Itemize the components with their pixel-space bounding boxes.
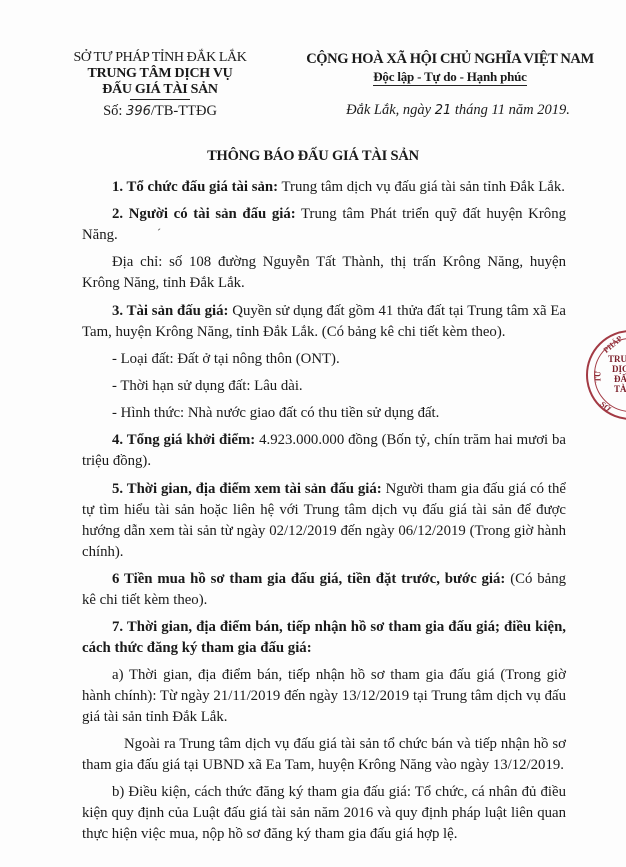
seal-inner-line: TRUN: [608, 354, 626, 364]
seal-inner-line: ĐẤ: [608, 374, 626, 384]
document-body: 1. Tổ chức đấu giá tài sản: Trung tâm dị…: [82, 177, 566, 852]
section-7-label: 7. Thời gian, địa điểm bán, tiếp nhận hồ…: [82, 619, 566, 656]
document-number-prefix: Số:: [103, 103, 126, 119]
department-name: SỞ TƯ PHÁP TỈNH ĐẮK LẮK: [60, 50, 260, 66]
national-motto: Độc lập - Tự do - Hạnh phúc: [373, 69, 527, 86]
seal-left-text: TƯ: [593, 371, 602, 383]
official-seal: PHÁP TƯ SỞ TRUN DỊC ĐẤ TÀ: [586, 330, 626, 420]
section-7a: a) Thời gian, địa điểm bán, tiếp nhận hồ…: [82, 665, 566, 728]
section-3-form: - Hình thức: Nhà nước giao đất có thu ti…: [82, 403, 566, 424]
document-title: THÔNG BÁO ĐẤU GIÁ TÀI SẢN: [0, 148, 626, 165]
document-page: SỞ TƯ PHÁP TỈNH ĐẮK LẮK TRUNG TÂM DỊCH V…: [0, 0, 626, 867]
section-5: 5. Thời gian, địa điểm xem tài sản đấu g…: [82, 479, 566, 563]
day-handwritten: 21: [435, 103, 452, 118]
section-1-text: Trung tâm dịch vụ đấu giá tài sản tỉnh Đ…: [278, 179, 565, 195]
section-5-label: 5. Thời gian, địa điểm xem tài sản đấu g…: [112, 481, 382, 497]
seal-bottom-text: SỞ: [598, 400, 612, 414]
section-4-label: 4. Tổng giá khởi điểm:: [112, 432, 255, 448]
section-6-label: 6 Tiền mua hồ sơ tham gia đấu giá, tiền …: [112, 571, 505, 587]
section-2-address: Địa chỉ: số 108 đường Nguyễn Tất Thành, …: [82, 252, 566, 294]
document-number-handwritten: 396: [126, 104, 151, 119]
section-6: 6 Tiền mua hồ sơ tham gia đấu giá, tiền …: [82, 569, 566, 611]
section-4: 4. Tổng giá khởi điểm: 4.923.000.000 đồn…: [82, 430, 566, 472]
center-name-line2: ĐẤU GIÁ TÀI SẢN: [60, 82, 260, 98]
section-7a-extra: Ngoài ra Trung tâm dịch vụ đấu giá tài s…: [82, 734, 566, 776]
section-3-term: - Thời hạn sử dụng đất: Lâu dài.: [82, 376, 566, 397]
section-2: 2. Người có tài sản đấu giá: Trung tâm P…: [82, 204, 566, 246]
section-3-land-type: - Loại đất: Đất ở tại nông thôn (ONT).: [82, 349, 566, 370]
place-date-suffix: tháng 11 năm 2019.: [451, 102, 570, 118]
nation-name: CỘNG HOÀ XÃ HỘI CHỦ NGHĨA VIỆT NAM: [300, 51, 600, 68]
seal-inner-text: TRUN DỊC ĐẤ TÀ: [608, 354, 626, 394]
header-underline: [130, 99, 190, 100]
document-number-suffix: /TB-TTĐG: [151, 103, 217, 119]
seal-top-text: PHÁP: [602, 334, 624, 355]
seal-inner-line: DỊC: [608, 364, 626, 374]
place-date: Đắk Lắk, ngày 21 tháng 11 năm 2019.: [300, 102, 600, 119]
section-7: 7. Thời gian, địa điểm bán, tiếp nhận hồ…: [82, 617, 566, 659]
national-header: CỘNG HOÀ XÃ HỘI CHỦ NGHĨA VIỆT NAM Độc l…: [300, 51, 600, 119]
section-3: 3. Tài sản đấu giá: Quyền sử dụng đất gồ…: [82, 301, 566, 343]
section-2-label: 2. Người có tài sản đấu giá:: [112, 206, 296, 222]
section-1-label: 1. Tổ chức đấu giá tài sản:: [112, 179, 278, 195]
section-7b: b) Điều kiện, cách thức đăng ký tham gia…: [82, 782, 566, 845]
center-name-line1: TRUNG TÂM DỊCH VỤ: [60, 66, 260, 82]
place-date-prefix: Đắk Lắk, ngày: [346, 102, 435, 118]
document-number: Số: 396/TB-TTĐG: [60, 103, 260, 120]
section-1: 1. Tổ chức đấu giá tài sản: Trung tâm dị…: [82, 177, 566, 198]
section-3-label: 3. Tài sản đấu giá:: [112, 303, 229, 319]
issuing-agency-header: SỞ TƯ PHÁP TỈNH ĐẮK LẮK TRUNG TÂM DỊCH V…: [60, 50, 260, 120]
seal-inner-line: TÀ: [608, 384, 626, 394]
